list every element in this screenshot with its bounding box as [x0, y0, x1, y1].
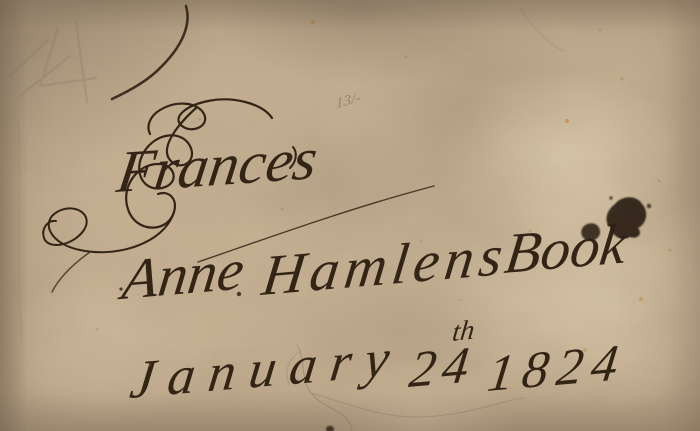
grain-overlay	[0, 0, 700, 431]
manuscript-page-photo: 13/- Frances Anne Hamlens Book January 2…	[0, 0, 700, 431]
manuscript-artwork: 13/- Frances Anne Hamlens Book January 2…	[0, 0, 700, 431]
